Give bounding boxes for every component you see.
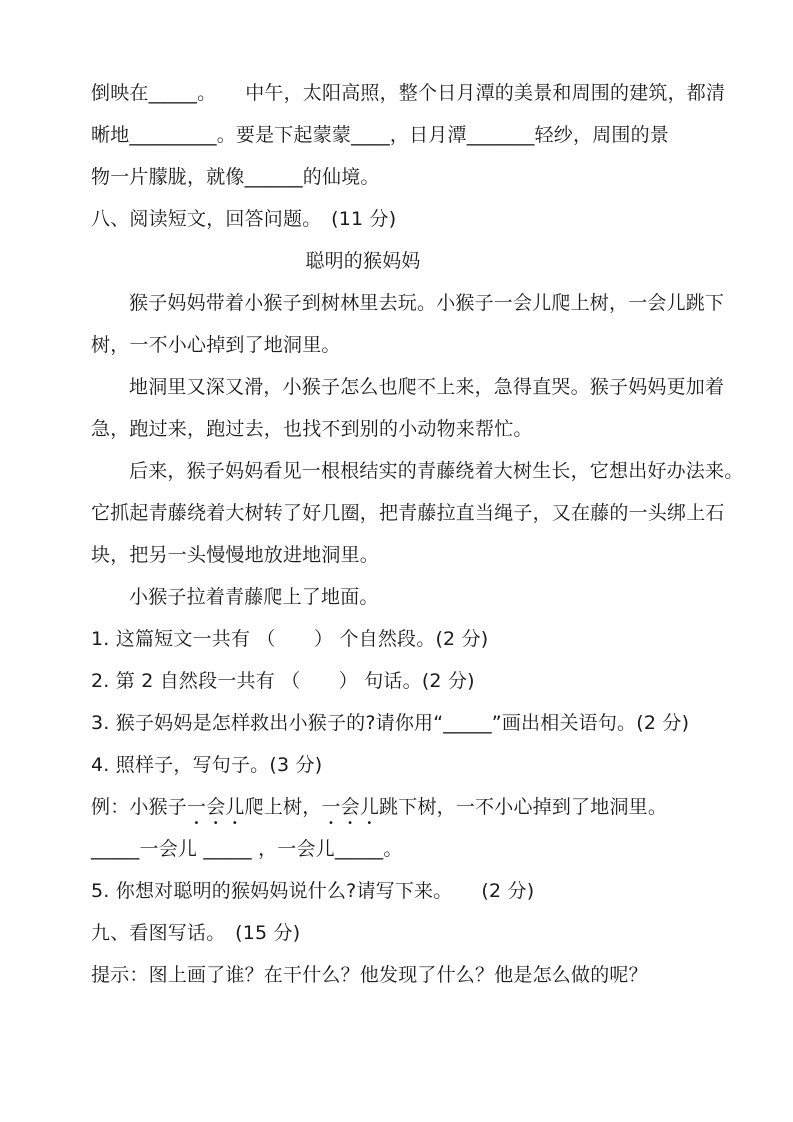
question-2: 2. 第 2 自然段一共有 （ ） 句话。(2 分) <box>91 660 743 702</box>
question-3: 3. 猴子妈妈是怎样救出小猴子的?请你用“_____”画出相关语句。(2 分) <box>91 702 743 744</box>
example-text: 例：小猴子 <box>91 796 187 818</box>
fill-blank-line-1: 倒映在_____。 中午，太阳高照，整个日月潭的美景和周围的建筑，都清 <box>91 72 743 114</box>
example-text: 跳下树，一不小心掉到了地洞里。 <box>379 796 667 818</box>
section-eight-heading: 八、阅读短文，回答问题。 (11 分) <box>91 198 743 240</box>
fill-blank-line-3: 物一片朦胧，就像______的仙境。 <box>91 156 743 198</box>
passage-line: 它抓起青藤绕着大树转了好几圈，把青藤拉直当绳子，又在藤的一头绑上石 <box>91 492 743 534</box>
example-emphasized-text: 一会儿 <box>321 796 379 818</box>
passage-line: 块，把另一头慢慢地放进地洞里。 <box>91 534 743 576</box>
passage-line: 树，一不小心掉到了地洞里。 <box>91 324 743 366</box>
writing-hint: 提示：图上画了谁？在干什么？他发现了什么？他是怎么做的呢？ <box>91 954 743 996</box>
passage-line: 猴子妈妈带着小猴子到树林里去玩。小猴子一会儿爬上树，一会儿跳下 <box>91 282 743 324</box>
worksheet-page: 倒映在_____。 中午，太阳高照，整个日月潭的美景和周围的建筑，都清 晰地__… <box>0 0 793 1122</box>
section-nine-heading: 九、看图写话。 (15 分) <box>91 912 743 954</box>
passage-line: 地洞里又深又滑，小猴子怎么也爬不上来，急得直哭。猴子妈妈更加着 <box>91 366 743 408</box>
passage-line: 后来，猴子妈妈看见一根根结实的青藤绕着大树生长，它想出好办法来。 <box>91 450 743 492</box>
question-5: 5. 你想对聪明的猴妈妈说什么?请写下来。 (2 分) <box>91 870 743 912</box>
question-4: 4. 照样子，写句子。(3 分) <box>91 744 743 786</box>
fill-blank-line-2: 晰地_________。要是下起蒙蒙____，日月潭_______轻纱，周围的景 <box>91 114 743 156</box>
question-4-answer-line: _____一会儿 _____ ，一会儿_____。 <box>91 828 743 870</box>
passage-title: 聪明的猴妈妈 <box>91 240 635 282</box>
question-1: 1. 这篇短文一共有 （ ） 个自然段。(2 分) <box>91 618 743 660</box>
example-text: 爬上树， <box>245 796 322 818</box>
question-4-example: 例：小猴子一会儿爬上树，一会儿跳下树，一不小心掉到了地洞里。 <box>91 786 743 828</box>
example-emphasized-text: 一会儿 <box>187 796 245 818</box>
passage-line: 急，跑过来，跑过去，也找不到别的小动物来帮忙。 <box>91 408 743 450</box>
passage-line: 小猴子拉着青藤爬上了地面。 <box>91 576 743 618</box>
